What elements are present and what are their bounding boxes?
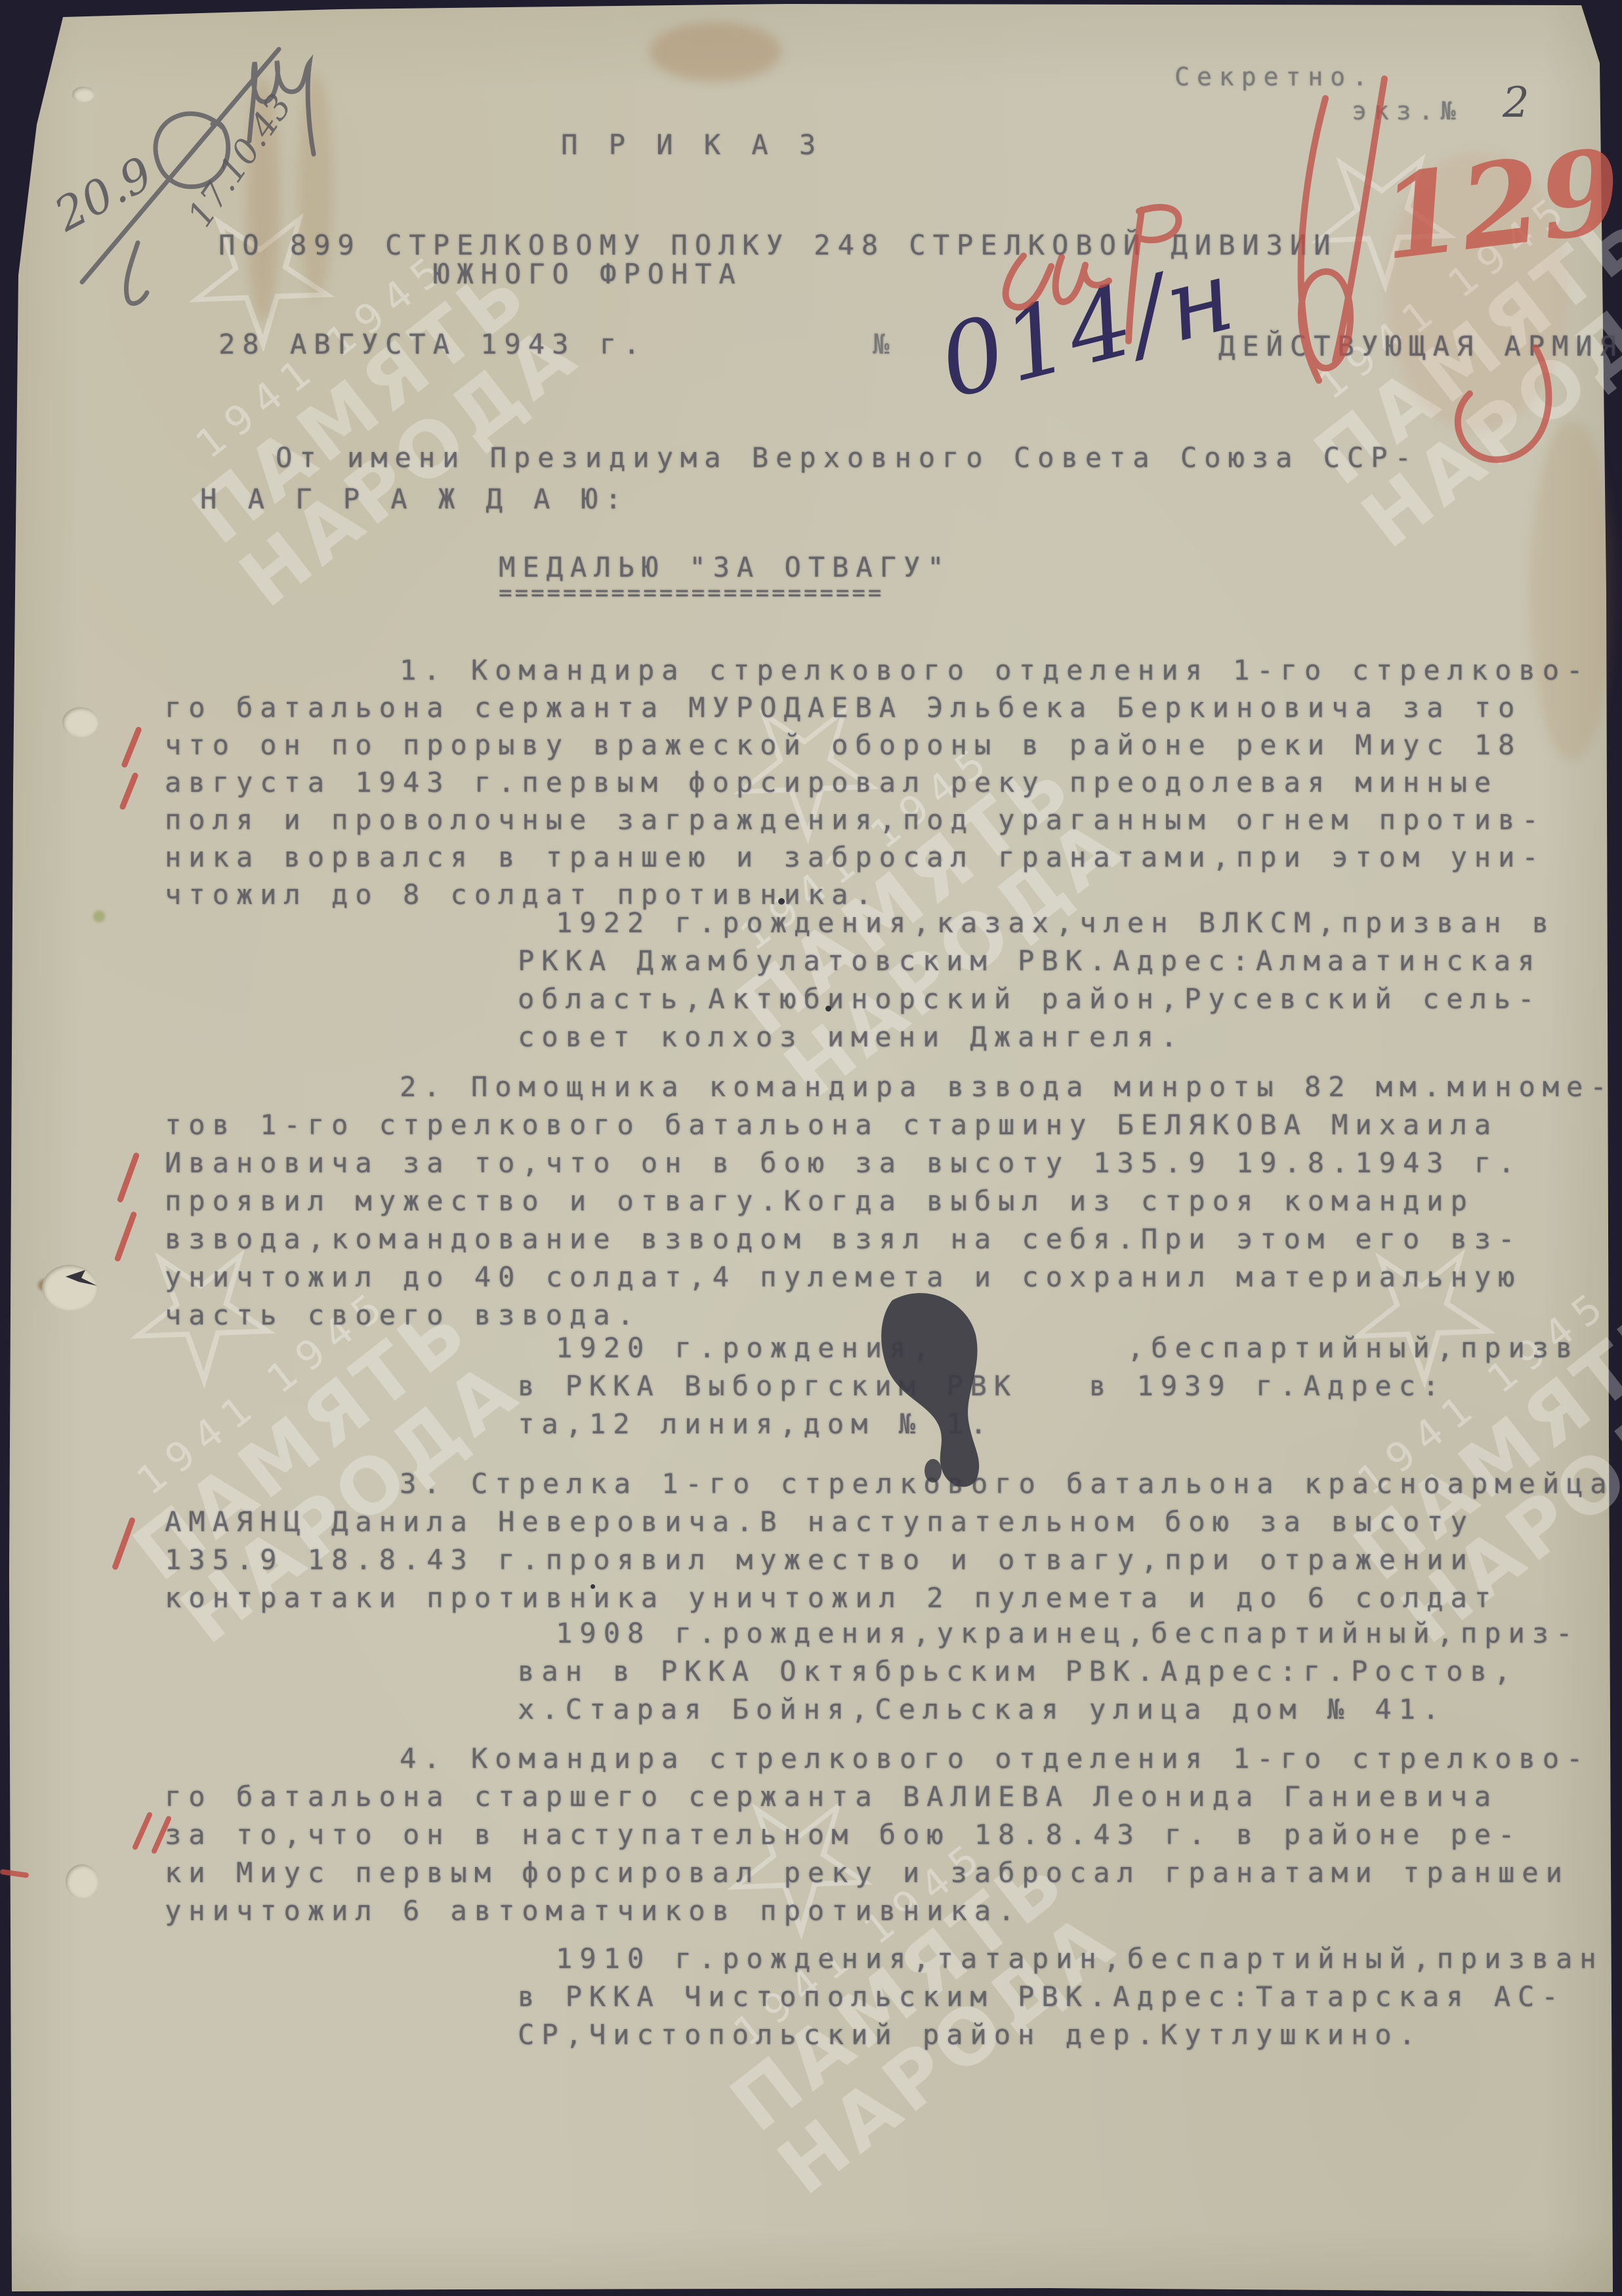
entry-3-line: контратаки противника уничтожил 2 пулеме… [165, 1582, 1498, 1614]
entry-4-line: за то,что он в наступательном бою 18.8.4… [165, 1818, 1522, 1851]
entry-2-line: часть своего взвода. [165, 1299, 641, 1331]
entry-4-bio-line: 1910 г.рождения,татарин,беспартийный,при… [556, 1942, 1604, 1975]
entry-1-bio-line: 1922 г.рождения,казах,член ВЛКСМ,призван… [556, 907, 1556, 939]
medal-title: МЕДАЛЬЮ "ЗА ОТВАГУ" [499, 551, 951, 583]
entry-4-bio-line: в РККА Чистопольским РВК.Адрес:Татарская… [518, 1980, 1566, 2013]
entry-4-line: 4. Командира стрелкового отделения 1-го … [400, 1742, 1590, 1774]
punch-hole [62, 707, 98, 737]
pencil-scribble [20, 26, 374, 308]
order-date: 28 АВГУСТА 1943 г. [218, 328, 647, 360]
entry-2-line: 2. Помощника командира взвода минроты 82… [400, 1071, 1614, 1103]
entry-1-line: чтожил до 8 солдат противника. [165, 878, 879, 911]
entry-2-line: тов 1-го стрелкового батальона старшину … [165, 1109, 1498, 1141]
entry-1-line: ника ворвался в траншею и забросал грана… [165, 841, 1546, 873]
entry-3-bio-line: ван в РККА Октябрьским РВК.Адрес:г.Росто… [518, 1655, 1518, 1687]
entry-1-line: го батальона сержанта МУРОДАЕВА Эльбека … [165, 691, 1522, 724]
entry-4-line: го батальона старшего сержанта ВАЛИЕВА Л… [165, 1780, 1498, 1813]
entry-1-bio-line: РККА Джамбулатовским РВК.Адрес:Алмаатинс… [518, 945, 1541, 977]
ink-speck [778, 898, 785, 905]
entry-1-line: поля и проволочные заграждения,под урага… [165, 804, 1546, 836]
entry-1-bio-line: область,Актюбинорский район,Русевский се… [518, 983, 1541, 1015]
red-pencil-scribble [984, 39, 1608, 590]
entry-1-line: августа 1943 г.первым форсировал реку пр… [165, 766, 1498, 798]
entry-4-bio-line: СР,Чистопольский район дер.Кутлушкино. [518, 2019, 1423, 2051]
entry-3-line: 135.9 18.8.43 г.проявил мужество и отваг… [165, 1544, 1474, 1576]
entry-2-bio-line: 1920 г.рождения, ,беспартийный,призв [556, 1332, 1579, 1364]
paper-tear [59, 1258, 105, 1298]
entry-3-bio-line: 1908 г.рождения,украинец,беспартийный,пр… [556, 1617, 1579, 1649]
medal-underline: ======================== [499, 580, 884, 606]
entry-2-line: уничтожил до 40 солдат,4 пулемета и сохр… [165, 1261, 1522, 1293]
entry-3-line: 3. Стрелка 1-го стрелкового батальона кр… [400, 1467, 1614, 1500]
entry-1-bio-line: совет колхоз имени Джангеля. [518, 1021, 1184, 1053]
entry-4-line: уничтожил 6 автоматчиков противника. [165, 1895, 1022, 1927]
number-sign: № [873, 328, 896, 360]
entry-4-line: ки Миус первым форсировал реку и заброса… [165, 1856, 1570, 1889]
ink-speck [825, 1006, 831, 1012]
entry-2-line: взвода,командование взводом взял на себя… [165, 1223, 1522, 1255]
punch-hole [66, 1864, 98, 1898]
scanned-document-page: { "stamps": { "secrecy": "Секретно.", "c… [0, 0, 1622, 2296]
entry-3-bio-line: х.Старая Бойня,Сельская улица дом № 41. [518, 1693, 1446, 1725]
header-line-2: ЮЖНОГО ФРОНТА [433, 258, 743, 290]
entry-3-line: АМАЯНЦ Данила Неверовича.В наступательно… [165, 1506, 1474, 1538]
punch-hole [72, 87, 94, 102]
entry-1-line: 1. Командира стрелкового отделения 1-го … [400, 654, 1590, 686]
ink-blot [846, 1286, 997, 1483]
entry-2-line: Ивановича за то,что он в бою за высоту 1… [165, 1147, 1522, 1179]
ink-speck [591, 1584, 595, 1589]
document-title: П Р И К А З [561, 129, 823, 161]
entry-1-line: что он по прорыву вражеской обороны в ра… [165, 729, 1522, 761]
entry-2-line: проявил мужество и отвагу.Когда выбыл из… [165, 1185, 1474, 1217]
paper-stain [650, 22, 781, 81]
preamble-line-2: Н А Г Р А Ж Д А Ю: [200, 483, 629, 515]
paper-stain [93, 911, 105, 922]
